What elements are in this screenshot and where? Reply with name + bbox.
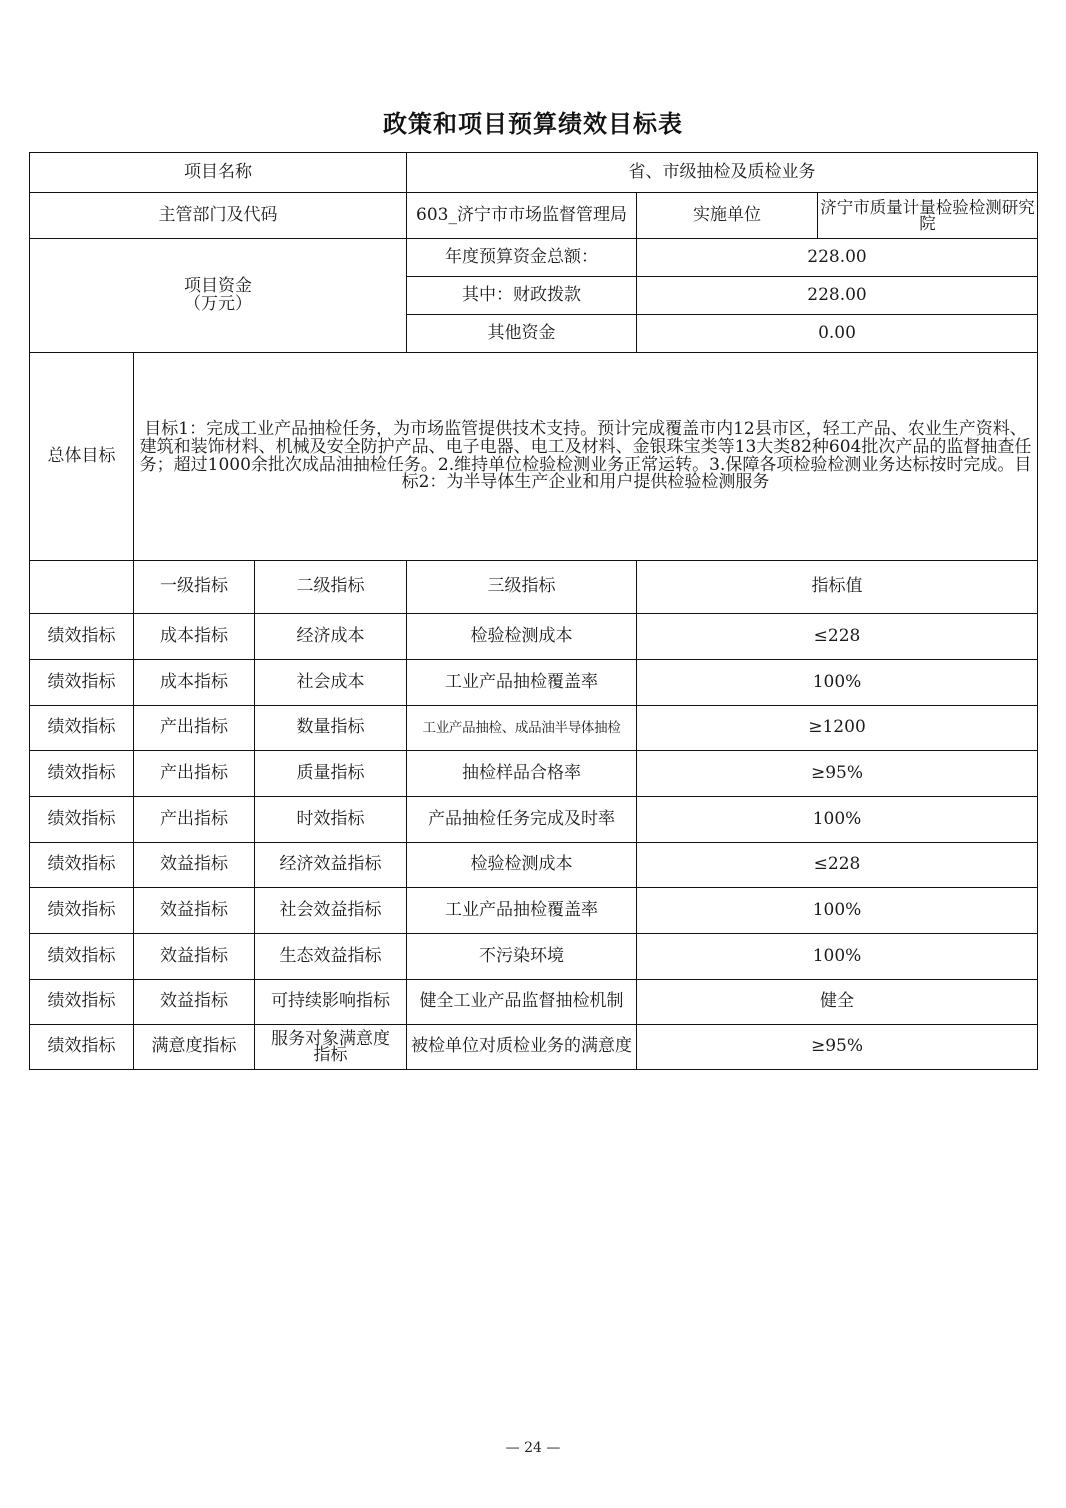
indicator-category: 绩效指标 [30,660,134,706]
funds-total-label: 年度预算资金总额： [407,239,637,277]
indicator-value: ≥95% [637,751,1038,797]
funds-row-total: 项目资金 （万元） 年度预算资金总额： 228.00 [30,239,1038,277]
header-level3: 三级指标 [407,561,637,614]
indicator-level2: 数量指标 [255,706,407,751]
indicator-value: 100% [637,797,1038,843]
implementing-unit-value: 济宁市质量计量检验检测研究院 [818,193,1038,239]
funds-fiscal-label: 其中：财政拨款 [407,277,637,315]
indicator-value: 100% [637,660,1038,706]
indicator-category: 绩效指标 [30,934,134,980]
indicator-level3: 工业产品抽检、成品油半导体抽检 [407,706,637,751]
indicator-row: 绩效指标 满意度指标 服务对象满意度指标 被检单位对质检业务的满意度 ≥95% [30,1025,1038,1070]
indicator-level2: 社会效益指标 [255,888,407,934]
indicator-level3: 不污染环境 [407,934,637,980]
project-name-value: 省、市级抽检及质检业务 [407,153,1038,193]
indicator-value: ≤228 [637,614,1038,660]
indicator-level1: 效益指标 [134,888,255,934]
indicator-row: 绩效指标 产出指标 数量指标 工业产品抽检、成品油半导体抽检 ≥1200 [30,706,1038,751]
indicator-row: 绩效指标 产出指标 时效指标 产品抽检任务完成及时率 100% [30,797,1038,843]
indicator-level3: 工业产品抽检覆盖率 [407,888,637,934]
indicator-row: 绩效指标 效益指标 可持续影响指标 健全工业产品监督抽检机制 健全 [30,980,1038,1025]
indicator-level3: 检验检测成本 [407,843,637,888]
indicator-level1: 效益指标 [134,843,255,888]
header-level2: 二级指标 [255,561,407,614]
indicator-level2: 时效指标 [255,797,407,843]
indicator-level3: 健全工业产品监督抽检机制 [407,980,637,1025]
page-number: — 24 — [0,1440,1066,1456]
indicator-category: 绩效指标 [30,843,134,888]
indicator-row: 绩效指标 产出指标 质量指标 抽检样品合格率 ≥95% [30,751,1038,797]
indicator-level3: 被检单位对质检业务的满意度 [407,1025,637,1070]
funds-fiscal-value: 228.00 [637,277,1038,315]
indicator-category: 绩效指标 [30,888,134,934]
indicator-value: ≤228 [637,843,1038,888]
indicator-level3: 工业产品抽检覆盖率 [407,660,637,706]
indicator-category: 绩效指标 [30,797,134,843]
implementing-unit-label: 实施单位 [637,193,818,239]
overall-goal-text: 目标1：完成工业产品抽检任务，为市场监管提供技术支持。预计完成覆盖市内12县市区… [134,353,1038,561]
header-level1: 一级指标 [134,561,255,614]
indicator-level3: 检验检测成本 [407,614,637,660]
indicator-level2: 经济成本 [255,614,407,660]
indicator-value: 健全 [637,980,1038,1025]
funds-label-line2: （万元） [32,296,404,314]
funds-other-label: 其他资金 [407,315,637,353]
indicator-category: 绩效指标 [30,1025,134,1070]
indicator-level2: 社会成本 [255,660,407,706]
indicator-level2: 生态效益指标 [255,934,407,980]
department-row: 主管部门及代码 603_济宁市市场监督管理局 实施单位 济宁市质量计量检验检测研… [30,193,1038,239]
funds-other-value: 0.00 [637,315,1038,353]
indicator-level1: 产出指标 [134,706,255,751]
indicator-value: 100% [637,934,1038,980]
header-value: 指标值 [637,561,1038,614]
indicator-header-row: 一级指标 二级指标 三级指标 指标值 [30,561,1038,614]
indicator-level1: 满意度指标 [134,1025,255,1070]
indicator-level3: 抽检样品合格率 [407,751,637,797]
indicator-level1: 效益指标 [134,934,255,980]
indicator-level1: 产出指标 [134,797,255,843]
document-title: 政策和项目预算绩效目标表 [0,104,1066,139]
indicator-row: 绩效指标 成本指标 经济成本 检验检测成本 ≤228 [30,614,1038,660]
indicator-row: 绩效指标 成本指标 社会成本 工业产品抽检覆盖率 100% [30,660,1038,706]
indicator-category: 绩效指标 [30,751,134,797]
indicator-row: 绩效指标 效益指标 生态效益指标 不污染环境 100% [30,934,1038,980]
indicator-level2: 经济效益指标 [255,843,407,888]
indicator-value: 100% [637,888,1038,934]
indicator-level1: 产出指标 [134,751,255,797]
indicator-category: 绩效指标 [30,706,134,751]
funds-total-value: 228.00 [637,239,1038,277]
indicator-value: ≥95% [637,1025,1038,1070]
indicator-category: 绩效指标 [30,980,134,1025]
indicator-level2: 可持续影响指标 [255,980,407,1025]
indicator-level2: 质量指标 [255,751,407,797]
indicator-category: 绩效指标 [30,614,134,660]
funds-label-line1: 项目资金 [32,278,404,296]
indicator-level1: 成本指标 [134,660,255,706]
indicator-row: 绩效指标 效益指标 经济效益指标 检验检测成本 ≤228 [30,843,1038,888]
project-name-row: 项目名称 省、市级抽检及质检业务 [30,153,1038,193]
performance-target-table: 项目名称 省、市级抽检及质检业务 主管部门及代码 603_济宁市市场监督管理局 … [29,152,1038,1070]
department-value: 603_济宁市市场监督管理局 [407,193,637,239]
indicator-level1: 效益指标 [134,980,255,1025]
overall-goal-row: 总体目标 目标1：完成工业产品抽检任务，为市场监管提供技术支持。预计完成覆盖市内… [30,353,1038,561]
funds-label: 项目资金 （万元） [30,239,407,353]
indicator-value: ≥1200 [637,706,1038,751]
project-name-label: 项目名称 [30,153,407,193]
header-category [30,561,134,614]
indicator-level2: 服务对象满意度指标 [255,1025,407,1070]
overall-goal-label: 总体目标 [30,353,134,561]
indicator-level1: 成本指标 [134,614,255,660]
indicator-row: 绩效指标 效益指标 社会效益指标 工业产品抽检覆盖率 100% [30,888,1038,934]
department-label: 主管部门及代码 [30,193,407,239]
indicator-level3: 产品抽检任务完成及时率 [407,797,637,843]
